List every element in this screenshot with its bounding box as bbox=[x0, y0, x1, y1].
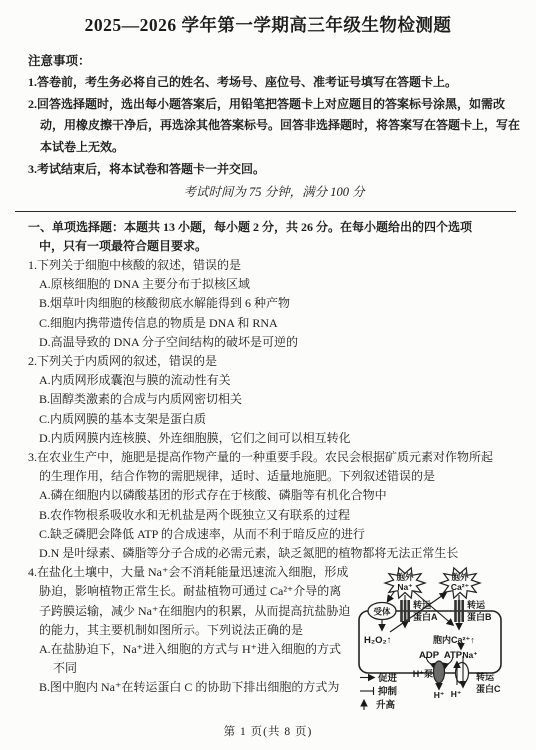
legend-inhibit-label: 抑制 bbox=[378, 686, 398, 698]
ion-transport-diagram: 胞外 Na⁺ 胞外 Ca²⁺ 受体 转运 蛋白A 转运 蛋白B H₂O₂↑ 胞内… bbox=[349, 556, 535, 718]
question-4-figure: 胞外 Na⁺ 胞外 Ca²⁺ 受体 转运 蛋白A 转运 蛋白B H₂O₂↑ 胞内… bbox=[349, 556, 535, 718]
question-1-option-a: A.原核细胞的 DNA 主要分布于拟核区域 bbox=[28, 275, 520, 294]
notice-item-2-line-1: 2.回答选择题时，选出每小题答案后，用铅笔把答题卡上对应题目的答案标号涂黑，如需… bbox=[28, 94, 520, 116]
transport-protein-b-label-line-2: 蛋白B bbox=[467, 611, 492, 622]
transport-protein-a-channel bbox=[400, 600, 410, 622]
question-3-stem-line-1: 3.在农业生产中，施肥是提高作物产量的一种重要手段。农民会根据矿质元素对作物所起 bbox=[28, 448, 520, 467]
question-1-option-c: C.细胞内携带遗传信息的物质是 DNA 和 RNA bbox=[28, 314, 520, 333]
question-3-option-a: A.磷在细胞内以磷酸基团的形式存在于核酸、磷脂等有机化合物中 bbox=[28, 486, 520, 505]
question-1-stem: 1.下列关于细胞中核酸的叙述，错误的是 bbox=[28, 256, 520, 275]
intracellular-ca-label: 胞内Ca²⁺↑ bbox=[433, 634, 475, 645]
question-3-option-b: B.农作物根系吸收水和无机盐是两个既独立又有联系的过程 bbox=[28, 506, 520, 525]
figure-legend: 促进 抑制 升高 bbox=[360, 672, 398, 711]
receptor-label: 受体 bbox=[373, 607, 391, 617]
h-below-pump-label: H⁺ bbox=[434, 690, 445, 700]
extracellular-na-label-line-2: Na⁺ bbox=[397, 582, 412, 592]
na-efflux-label: Na⁺ bbox=[462, 650, 477, 660]
exam-paper-page: 2025—2026 学年第一学期高三年级生物检测题 注意事项： 1.答卷前，考生… bbox=[0, 0, 536, 750]
section-heading-line-1: 一、单项选择题：本题共 13 小题，每小题 2 分，共 26 分。在每小题给出的… bbox=[28, 218, 520, 237]
extracellular-na-label-line-1: 胞外 bbox=[396, 572, 414, 582]
section-heading-line-2: 中，只有一项最符合题目要求。 bbox=[28, 237, 520, 256]
transport-protein-b-label-line-1: 转运 bbox=[467, 599, 486, 610]
notice-item-2-line-2: 动，用橡皮擦干净后，再选涂其他答案标号。回答非选择题时，将答案写在答题卡上，写在 bbox=[28, 115, 520, 137]
transport-protein-c-label-line-1: 转运 bbox=[476, 671, 495, 682]
legend-rise-label: 升高 bbox=[376, 699, 396, 711]
question-3-option-c: C.缺乏磷肥会降低 ATP 的合成速率，从而不利于暗反应的进行 bbox=[28, 525, 520, 544]
transport-protein-a-label-line-1: 转运 bbox=[413, 599, 432, 610]
page-title: 2025—2026 学年第一学期高三年级生物检测题 bbox=[0, 0, 536, 37]
question-2-option-a: A.内质网形成囊泡与膜的流动性有关 bbox=[28, 371, 520, 390]
notice-item-1: 1.答卷前，考生务必将自己的姓名、考场号、座位号、准考证号填写在答题卡上。 bbox=[28, 72, 520, 94]
section-divider bbox=[15, 211, 516, 212]
transport-protein-c-label-line-2: 蛋白C bbox=[476, 683, 501, 694]
notice-item-2-line-3: 本试卷上无效。 bbox=[28, 137, 520, 159]
notice-heading: 注意事项： bbox=[28, 50, 520, 72]
h-below-protein-c-label: H⁺ bbox=[451, 689, 462, 699]
question-2-stem: 2.下列关于内质网的叙述，错误的是 bbox=[28, 352, 520, 371]
atp-label: ATP bbox=[444, 650, 463, 661]
h2o2-label: H₂O₂↑ bbox=[364, 635, 391, 646]
question-2-option-b: B.固醇类激素的合成与内质网密切相关 bbox=[28, 390, 520, 409]
question-2-option-d: D.内质网膜内连核膜、外连细胞膜，它们之间可以相互转化 bbox=[28, 429, 520, 448]
h-pump-label: H⁺泵 bbox=[413, 668, 433, 679]
transport-protein-a-label-line-2: 蛋白A bbox=[413, 611, 438, 622]
adp-label: ADP bbox=[419, 650, 440, 661]
extracellular-ca-label-line-2: Ca²⁺ bbox=[451, 582, 469, 592]
question-1-option-b: B.烟草叶肉细胞的核酸彻底水解能得到 6 种产物 bbox=[28, 294, 520, 313]
legend-promote-label: 促进 bbox=[378, 672, 398, 684]
notice-item-3: 3.考试结束后，将本试卷和答题卡一并交回。 bbox=[28, 159, 520, 181]
transport-protein-b-channel bbox=[454, 600, 464, 622]
extracellular-ca-label-line-1: 胞外 bbox=[451, 572, 469, 582]
page-number-footer: 第 1 页(共 8 页) bbox=[0, 723, 536, 739]
exam-duration-info: 考试时间为 75 分钟，满分 100 分 bbox=[28, 181, 520, 203]
question-3-stem-line-2: 的生理作用，结合作物的需肥规律，适时、适量地施肥。下列叙述错误的是 bbox=[28, 467, 520, 486]
question-1-option-d: D.高温导致的 DNA 分子空间结构的破坏是可逆的 bbox=[28, 333, 520, 352]
h-pump-shape bbox=[434, 661, 445, 683]
question-2-option-c: C.内质网膜的基本支架是蛋白质 bbox=[28, 410, 520, 429]
